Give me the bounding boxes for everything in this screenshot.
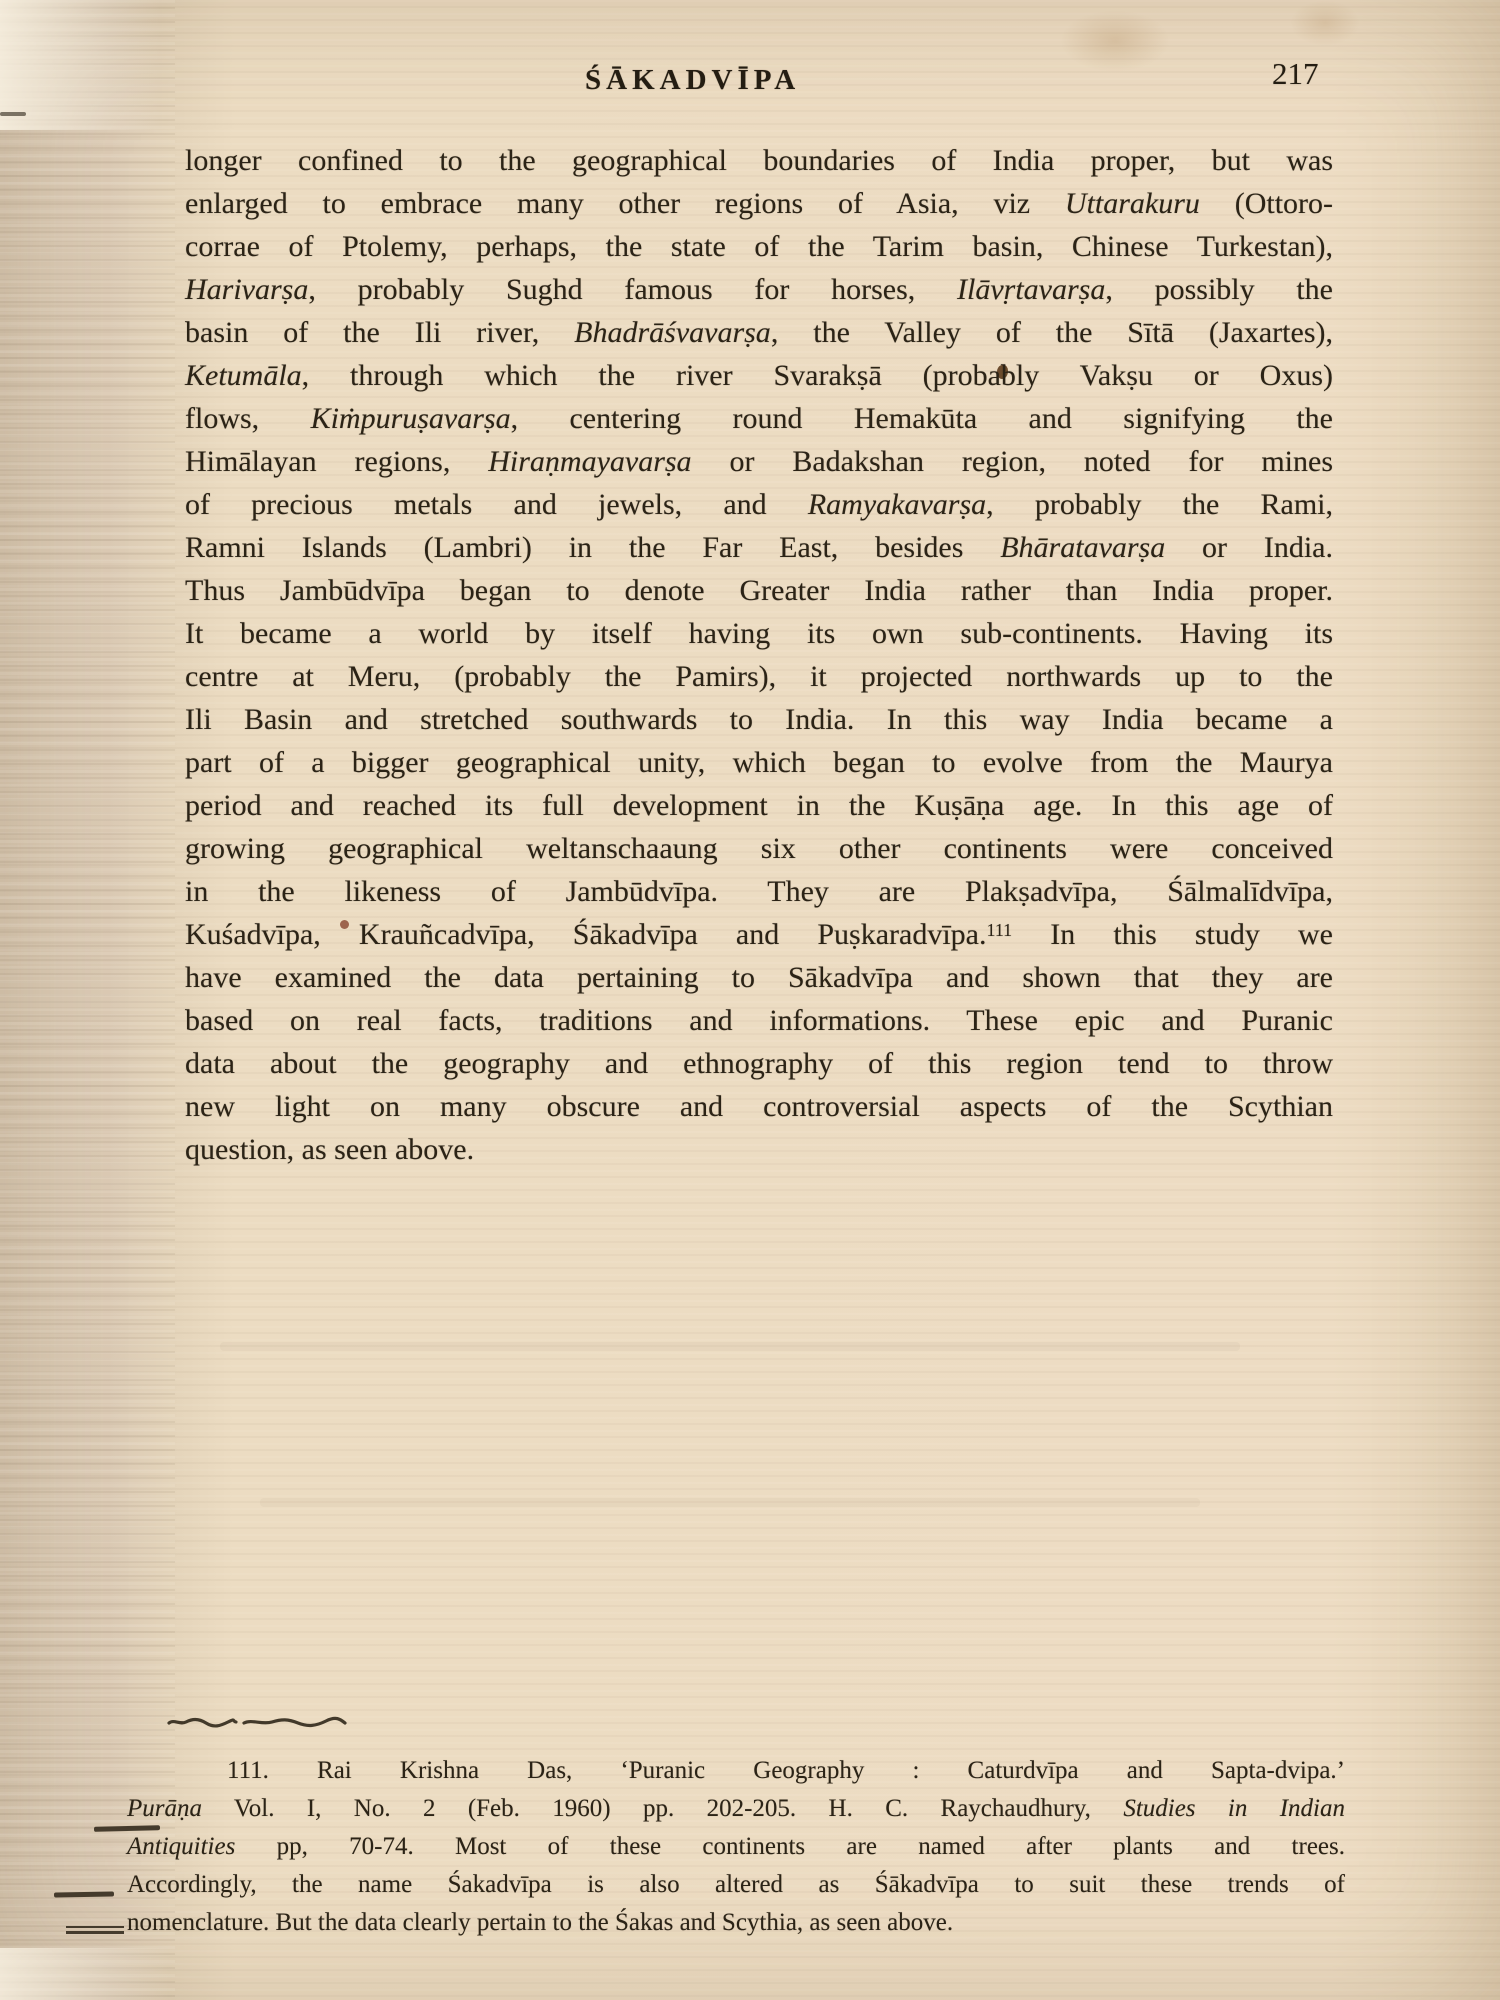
text-segment: in the likeness of Jambūdvīpa. They are … [185, 875, 1333, 908]
text-line: period and reached its full development … [185, 784, 1333, 827]
footnote-separator-squiggle [166, 1714, 348, 1735]
text-line: It became a world by itself having its o… [185, 612, 1333, 655]
text-segment: have examined the data pertaining to Sāk… [185, 961, 1333, 994]
text-segment: basin of the Ili river, [185, 316, 574, 349]
text-line: Accordingly, the name Śakadvīpa is also … [127, 1866, 1345, 1904]
body-paragraph: longer confined to the geographical boun… [185, 139, 1333, 1171]
text-line: based on real facts, traditions and info… [185, 999, 1333, 1042]
scan-light-edge-top [0, 0, 160, 130]
text-line: have examined the data pertaining to Sāk… [185, 956, 1333, 999]
text-segment: Kiṁpuruṣavarṣa [311, 402, 511, 435]
text-segment: Ramni Islands (Lambri) in the Far East, … [185, 531, 1000, 564]
text-segment: (Ottoro- [1200, 187, 1333, 220]
text-segment: Studies in Indian [1123, 1795, 1345, 1822]
text-segment: Kuśadvīpa, Krauñcadvīpa, Śākadvīpa and P… [185, 918, 986, 951]
text-segment: enlarged to embrace many other regions o… [185, 187, 1065, 220]
footnote-reference: 111 [986, 920, 1012, 940]
text-segment: Vol. I, No. 2 (Feb. 1960) pp. 202-205. H… [202, 1795, 1123, 1822]
text-segment: or Badakshan region, noted for mines [692, 445, 1333, 478]
text-segment: Ilāvṛtavarṣa [957, 273, 1105, 306]
text-segment: longer confined to the geographical boun… [185, 144, 1333, 177]
text-line: growing geographical weltanschaaung six … [185, 827, 1333, 870]
text-segment: Hiraṇmayavarṣa [488, 445, 691, 478]
text-segment: pp, 70-74. Most of these continents are … [235, 1833, 1345, 1860]
bleed-through-smudge [260, 1498, 1200, 1507]
text-line: Kuśadvīpa, Krauñcadvīpa, Śākadvīpa and P… [185, 913, 1333, 956]
text-line: 111. Rai Krishna Das, ‘Puranic Geography… [127, 1752, 1345, 1790]
text-line: centre at Meru, (probably the Pamirs), i… [185, 655, 1333, 698]
text-segment: Antiquities [127, 1833, 235, 1860]
text-segment: part of a bigger geographical unity, whi… [185, 746, 1333, 779]
paper-stain [1060, 10, 1170, 72]
text-segment: new light on many obscure and controvers… [185, 1090, 1333, 1123]
footnote: 111. Rai Krishna Das, ‘Puranic Geography… [127, 1752, 1345, 1942]
text-segment: period and reached its full development … [185, 789, 1333, 822]
text-segment: , probably the Rami, [986, 488, 1333, 521]
text-line: Ketumāla, through which the river Svarak… [185, 354, 1333, 397]
left-binding-band [0, 0, 175, 2000]
text-line: basin of the Ili river, Bhadrāśvavarṣa, … [185, 311, 1333, 354]
text-segment: Uttarakuru [1065, 187, 1200, 220]
text-segment: Ketumāla [185, 359, 302, 392]
text-segment: data about the geography and ethnography… [185, 1047, 1333, 1080]
text-segment: Bhadrāśvavarṣa [574, 316, 771, 349]
text-segment: , possibly the [1105, 273, 1333, 306]
text-segment: question, as seen above. [185, 1133, 474, 1166]
text-line: new light on many obscure and controvers… [185, 1085, 1333, 1128]
text-line: Ili Basin and stretched southwards to In… [185, 698, 1333, 741]
margin-mark [66, 1926, 124, 1934]
page-number: 217 [1272, 56, 1319, 92]
text-line: Antiquities pp, 70-74. Most of these con… [127, 1828, 1345, 1866]
margin-mark [54, 1891, 114, 1897]
text-segment: , through which the river Svarakṣā (prob… [302, 359, 1333, 392]
text-line: nomenclature. But the data clearly perta… [127, 1904, 1345, 1942]
text-segment: nomenclature. But the data clearly perta… [127, 1909, 953, 1936]
text-segment: , the Valley of the Sītā (Jaxartes), [771, 316, 1333, 349]
text-segment: Ramyakavarṣa [808, 488, 986, 521]
text-segment: In this study we [1012, 918, 1333, 951]
text-line: Harivarṣa, probably Sughd famous for hor… [185, 268, 1333, 311]
text-segment: It became a world by itself having its o… [185, 617, 1333, 650]
text-line: Himālayan regions, Hiraṇmayavarṣa or Bad… [185, 440, 1333, 483]
scan-light-edge-bottom [0, 1948, 170, 2000]
text-line: enlarged to embrace many other regions o… [185, 182, 1333, 225]
page-header-title: ŚĀKADVĪPA [585, 64, 755, 97]
text-segment: based on real facts, traditions and info… [185, 1004, 1333, 1037]
text-segment: Thus Jambūdvīpa began to denote Greater … [185, 574, 1333, 607]
text-segment: Purāṇa [127, 1795, 202, 1822]
text-segment: Himālayan regions, [185, 445, 488, 478]
text-line: of precious metals and jewels, and Ramya… [185, 483, 1333, 526]
text-line: in the likeness of Jambūdvīpa. They are … [185, 870, 1333, 913]
text-segment: 111. Rai Krishna Das, ‘Puranic Geography… [227, 1757, 1345, 1784]
text-line: flows, Kiṁpuruṣavarṣa, centering round H… [185, 397, 1333, 440]
margin-mark [0, 112, 26, 116]
text-segment: growing geographical weltanschaaung six … [185, 832, 1333, 865]
text-line: part of a bigger geographical unity, whi… [185, 741, 1333, 784]
text-line: longer confined to the geographical boun… [185, 139, 1333, 182]
text-segment: Ili Basin and stretched southwards to In… [185, 703, 1333, 736]
text-segment: , centering round Hemakūta and signifyin… [511, 402, 1333, 435]
text-line: data about the geography and ethnography… [185, 1042, 1333, 1085]
text-segment: , probably Sughd famous for horses, [308, 273, 957, 306]
text-segment: flows, [185, 402, 311, 435]
paper-stain [1290, 0, 1360, 46]
book-page-scan: ŚĀKADVĪPA 217 longer confined to the geo… [0, 0, 1500, 2000]
bleed-through-smudge [220, 1342, 1240, 1351]
text-segment: Accordingly, the name Śakadvīpa is also … [127, 1871, 1345, 1898]
text-line: question, as seen above. [185, 1128, 1333, 1171]
text-segment: corrae of Ptolemy, perhaps, the state of… [185, 230, 1333, 263]
text-line: Thus Jambūdvīpa began to denote Greater … [185, 569, 1333, 612]
text-segment: centre at Meru, (probably the Pamirs), i… [185, 660, 1333, 693]
text-segment: Harivarṣa [185, 273, 308, 306]
text-line: Purāṇa Vol. I, No. 2 (Feb. 1960) pp. 202… [127, 1790, 1345, 1828]
text-segment: Bhāratavarṣa [1000, 531, 1165, 564]
text-line: Ramni Islands (Lambri) in the Far East, … [185, 526, 1333, 569]
text-segment: or India. [1165, 531, 1333, 564]
text-line: corrae of Ptolemy, perhaps, the state of… [185, 225, 1333, 268]
text-segment: of precious metals and jewels, and [185, 488, 808, 521]
